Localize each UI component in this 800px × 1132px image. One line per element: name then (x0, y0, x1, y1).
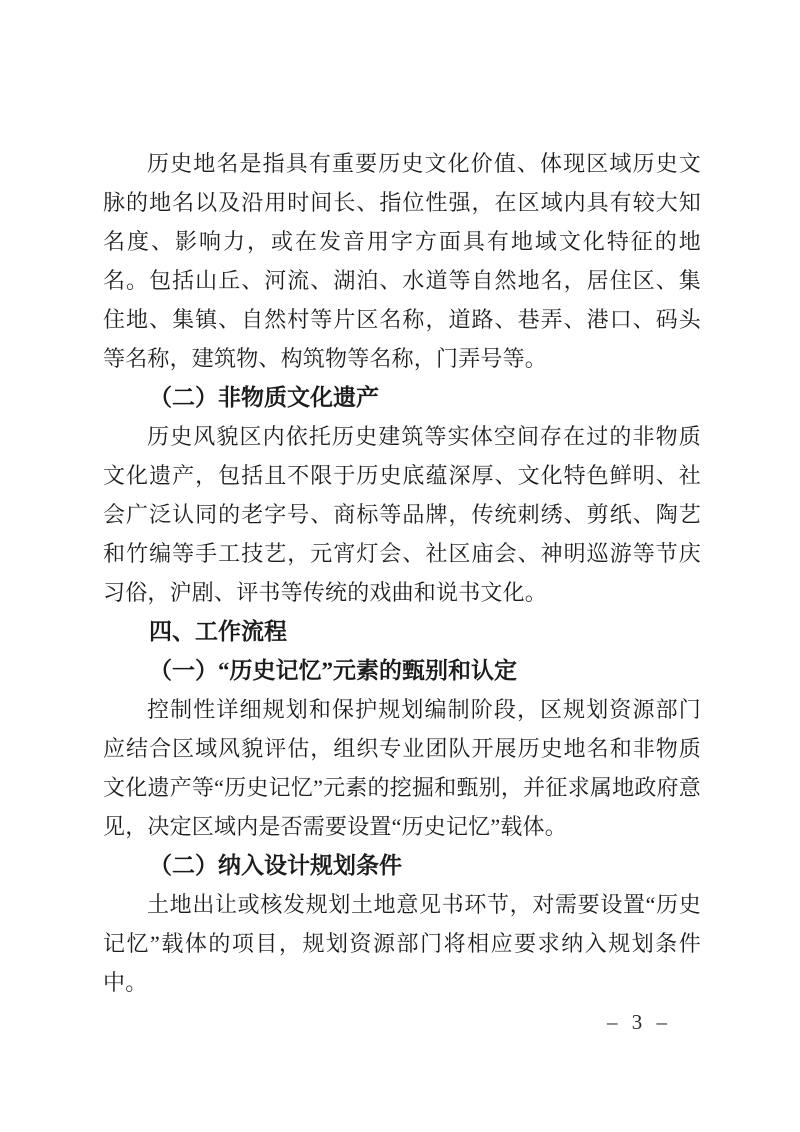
subheading-historical-memory-screening: （一）“历史记忆”元素的甄别和认定 (103, 651, 701, 690)
paragraph-historical-place-names: 历史地名是指具有重要历史文化价值、体现区域历史文脉的地名以及沿用时间长、指位性强… (103, 144, 701, 378)
subheading-intangible-cultural-heritage: （二）非物质文化遗产 (103, 378, 701, 417)
chapter-heading-work-process: 四、工作流程 (103, 612, 701, 651)
subheading-planning-conditions: （二）纳入设计规划条件 (103, 846, 701, 885)
document-page: 历史地名是指具有重要历史文化价值、体现区域历史文脉的地名以及沿用时间长、指位性强… (0, 0, 800, 1132)
paragraph-planning-conditions-description: 土地出让或核发规划土地意见书环节，对需要设置“历史记忆”载体的项目，规划资源部门… (103, 885, 701, 1002)
page-number: – 3 – (607, 1008, 697, 1036)
paragraph-screening-and-identification: 控制性详细规划和保护规划编制阶段，区规划资源部门应结合区域风貌评估，组织专业团队… (103, 690, 701, 846)
document-body: 历史地名是指具有重要历史文化价值、体现区域历史文脉的地名以及沿用时间长、指位性强… (103, 144, 701, 1002)
paragraph-intangible-heritage-description: 历史风貌区内依托历史建筑等实体空间存在过的非物质文化遗产，包括且不限于历史底蕴深… (103, 417, 701, 612)
